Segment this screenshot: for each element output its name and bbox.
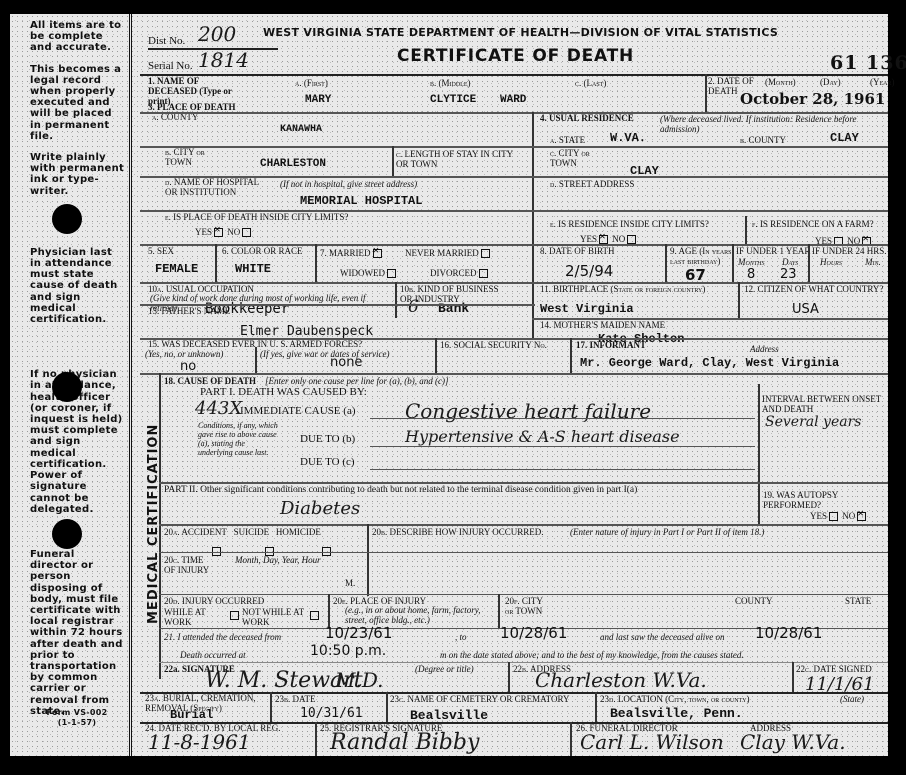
disposition: Burial: [170, 708, 213, 722]
autopsy: YES NO: [810, 511, 868, 521]
never-married-checkbox[interactable]: [481, 249, 490, 258]
death-city: CHARLESTON: [260, 158, 326, 170]
while-at-work-checkbox[interactable]: [230, 611, 239, 620]
service-dates: none: [330, 355, 362, 370]
date-received: 11-8-1961: [148, 730, 251, 754]
cemetery: Bealsville: [410, 708, 488, 723]
attended-from: 10/23/61: [325, 624, 392, 642]
part-ii-conditions: Diabetes: [280, 498, 360, 519]
instruction-2: This becomes a legal record when properl…: [30, 64, 125, 142]
punch-hole-icon: [52, 519, 82, 549]
funeral-director-address: Clay W.Va.: [740, 730, 846, 754]
form-number: Form VS-002 (1-1-57): [32, 708, 122, 728]
not-at-work-checkbox[interactable]: [310, 611, 319, 620]
race: WHITE: [235, 262, 271, 276]
physician-address: Charleston W.Va.: [535, 668, 707, 692]
hospital-name: MEMORIAL HOSPITAL: [300, 194, 422, 208]
birthplace: West Virginia: [540, 302, 634, 316]
instruction-1: All items are to be complete and accurat…: [30, 20, 125, 54]
divorced-checkbox[interactable]: [479, 269, 488, 278]
time-of-death: 10:50 p.m.: [310, 643, 386, 659]
punch-hole-icon: [52, 372, 82, 402]
residence-county: CLAY: [830, 131, 859, 145]
age-days: 23: [780, 267, 797, 282]
last-name: WARD: [500, 94, 526, 106]
informant: Mr. George Ward, Clay, West Virginia: [580, 356, 839, 370]
instruction-3: Write plainly with permanent ink or type…: [30, 152, 125, 197]
attended-to: 10/28/61: [500, 624, 567, 642]
sex: FEMALE: [155, 262, 198, 276]
certificate-number: 61 13611: [830, 52, 906, 74]
date-of-death: October 28, 1961: [740, 90, 885, 108]
citizenship: USA: [792, 302, 819, 317]
certificate-body: Dist No. 200 Serial No. 1814 WEST VIRGIN…: [140, 14, 888, 756]
widowed-checkbox[interactable]: [387, 269, 396, 278]
serial-label: Serial No.: [148, 61, 193, 71]
married-checkbox[interactable]: [373, 249, 382, 258]
registrar-signature[interactable]: Randal Bibby: [330, 730, 479, 755]
serial-number: 1814: [198, 48, 249, 72]
funeral-director: Carl L. Wilson: [580, 730, 724, 754]
physician-degree: M.D.: [335, 668, 384, 692]
death-inside-limits: YES NO: [195, 227, 253, 237]
document-title: CERTIFICATE OF DEATH: [397, 46, 634, 66]
cemetery-location: Bealsville, Penn.: [610, 706, 743, 721]
middle-name: CLYTICE: [430, 94, 476, 106]
last-seen-alive: 10/28/61: [755, 624, 822, 642]
death-county: KANAWHA: [280, 124, 322, 135]
agency-title: WEST VIRGINIA STATE DEPARTMENT OF HEALTH…: [263, 26, 778, 39]
no-checkbox[interactable]: [242, 228, 251, 237]
residence-state: W.VA.: [610, 131, 646, 145]
father-name: Elmer Daubenspeck: [240, 324, 373, 339]
first-name: MARY: [305, 94, 331, 106]
interval: Several years: [765, 414, 861, 430]
punch-hole-icon: [52, 204, 82, 234]
residence-inside-limits: YES NO: [580, 234, 638, 244]
immediate-cause: Congestive heart failure: [405, 399, 651, 423]
dist-number: 200: [198, 22, 236, 46]
due-to-b: Hypertensive & A-S heart disease: [405, 427, 680, 446]
armed-forces: no: [180, 359, 196, 374]
age-months: 8: [747, 267, 755, 282]
instruction-4: Physician last in attendance must state …: [30, 247, 125, 325]
dist-label: Dist No.: [148, 36, 185, 46]
yes-checkbox[interactable]: [214, 228, 223, 237]
date-of-birth: 2/5/94: [565, 262, 613, 280]
death-certificate: All items are to be complete and accurat…: [10, 14, 888, 756]
business-code: 6: [408, 297, 419, 317]
instruction-6: Funeral director or person disposing of …: [30, 549, 125, 717]
cause-code: 443X: [195, 398, 242, 419]
burial-date: 10/31/61: [300, 706, 363, 721]
